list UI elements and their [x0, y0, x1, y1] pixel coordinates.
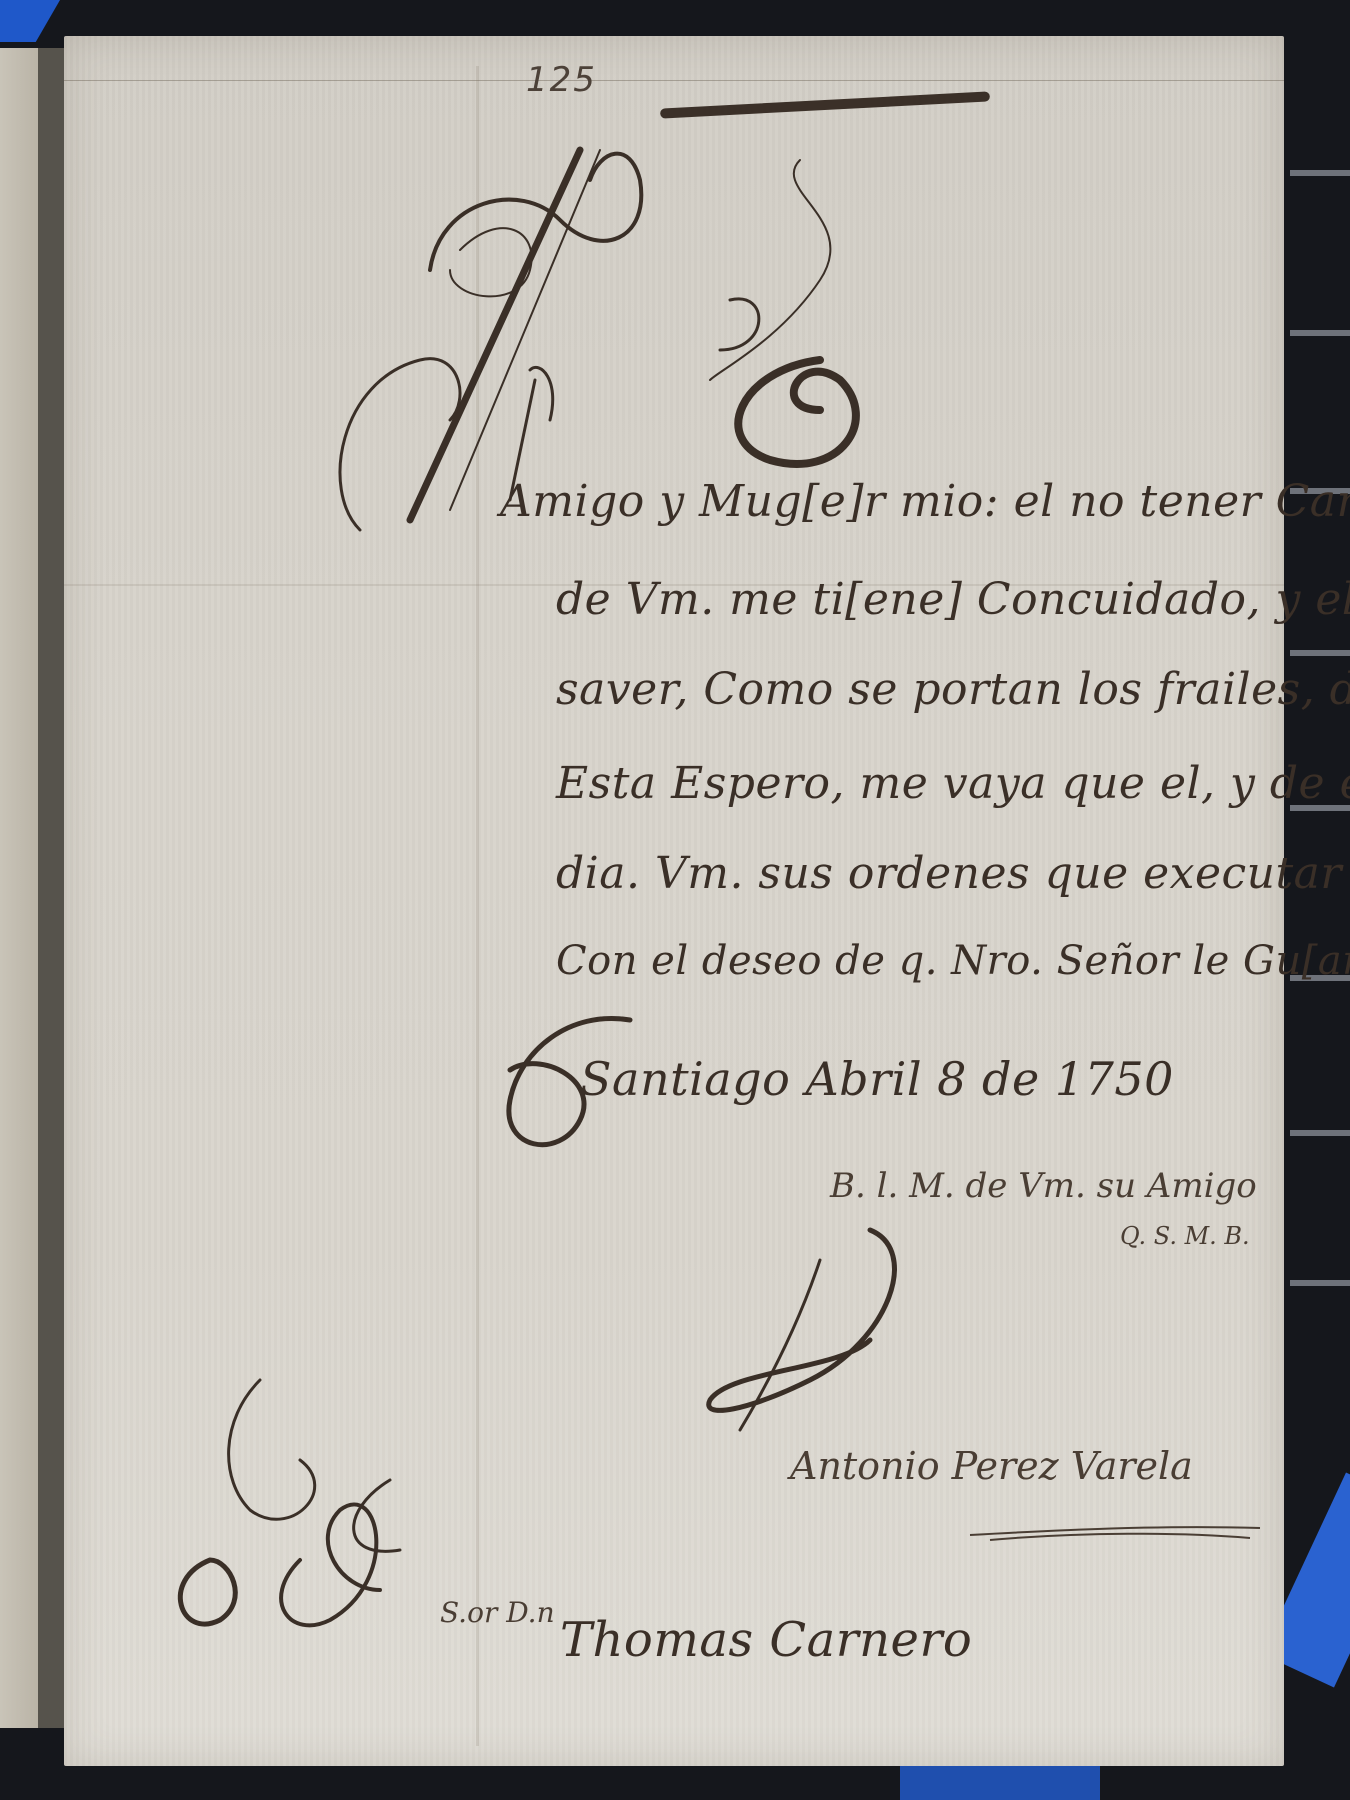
letter-line-1: Amigo y Mug[e]r mio: el no tener Carta — [500, 476, 1350, 527]
background-rail — [1290, 170, 1350, 176]
blue-tape — [0, 0, 60, 42]
letter-line-4: Esta Espero, me vaya que el, y de estu- — [556, 758, 1350, 809]
closing-line-2: Q. S. M. B. — [1120, 1222, 1250, 1250]
addressee-name: Thomas Carnero — [560, 1612, 972, 1668]
book-gutter — [38, 48, 64, 1728]
place-date: Santiago Abril 8 de 1750 — [580, 1052, 1174, 1106]
signature-underline-icon — [960, 1510, 1270, 1550]
signature: Antonio Perez Varela — [790, 1444, 1193, 1488]
addressee-monogram-icon — [140, 1360, 480, 1660]
letter-line-5: dia. Vm. sus ordenes que executar e — [556, 848, 1350, 899]
letter-line-6: Con el deseo de q. Nro. Señor le Gu[ar]d… — [556, 938, 1350, 984]
letter-line-2: de Vm. me ti[ene] Concuidado, y el maior… — [556, 574, 1350, 625]
folio-number: 125 — [526, 60, 597, 100]
background-rail — [1290, 1280, 1350, 1286]
rubric-flourish-icon — [690, 1220, 950, 1440]
addressee-prefix: S.or D.n — [440, 1596, 555, 1629]
background-rail — [1290, 330, 1350, 336]
adjacent-page-edge — [0, 48, 40, 1728]
page-rule — [64, 80, 1284, 81]
closing-line-1: B. l. M. de Vm. su Amigo — [830, 1166, 1257, 1206]
letter-line-3: saver, Como se portan los frailes, de es… — [556, 664, 1350, 715]
background-rail — [1290, 1130, 1350, 1136]
background-rail — [1290, 650, 1350, 656]
